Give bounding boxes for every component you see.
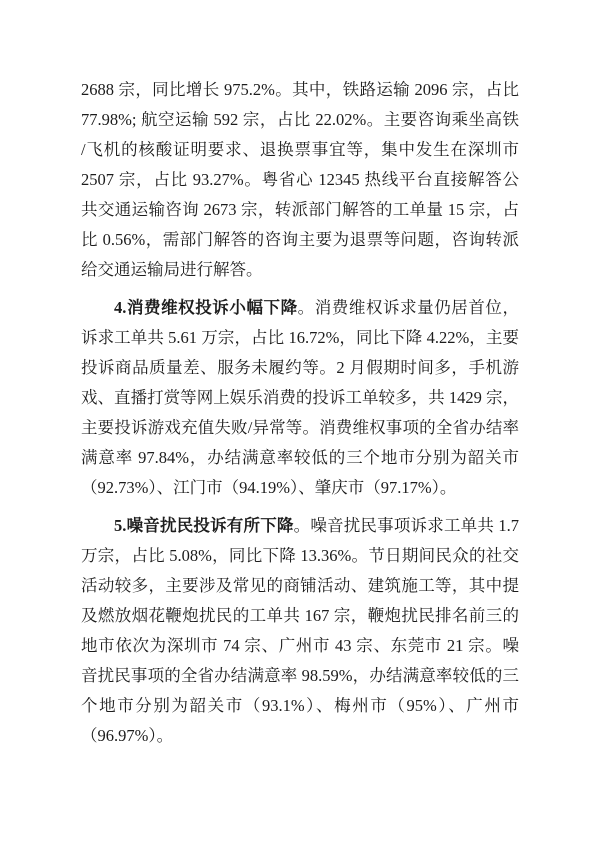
text-line: 主要投诉游戏充值失败/异常等。消费维权事项的全省办结率 (81, 413, 519, 443)
paragraph: 4.消费维权投诉小幅下降。消费维权诉求量仍居首位，诉求工单共 5.61 万宗，占… (81, 293, 519, 503)
text-line: （92.73%）、江门市（94.19%）、肇庆市（97.17%）。 (81, 473, 519, 503)
paragraph: 2688 宗，同比增长 975.2%。其中，铁路运输 2096 宗，占比77.9… (81, 75, 519, 285)
line-text: 共交通运输咨询 2673 宗，转派部门解答的工单量 15 宗，占 (81, 200, 519, 219)
text-block: 2688 宗，同比增长 975.2%。其中，铁路运输 2096 宗，占比77.9… (81, 75, 519, 751)
document-page: 2688 宗，同比增长 975.2%。其中，铁路运输 2096 宗，占比77.9… (0, 0, 600, 848)
line-text: （92.73%）、江门市（94.19%）、肇庆市（97.17%）。 (81, 478, 456, 497)
text-line: 满意率 97.84%，办结满意率较低的三个地市分别为韶关市 (81, 443, 519, 473)
text-line: 投诉商品质量差、服务未履约等。2 月假期时间多，手机游 (81, 353, 519, 383)
text-line: 77.98%; 航空运输 592 宗，占比 22.02%。主要咨询乘坐高铁 (81, 105, 519, 135)
line-text: /飞机的核酸证明要求、退换票事宜等，集中发生在深圳市 (81, 140, 519, 159)
text-line: 比 0.56%，需部门解答的咨询主要为退票等问题，咨询转派 (81, 225, 519, 255)
text-line: 2688 宗，同比增长 975.2%。其中，铁路运输 2096 宗，占比 (81, 75, 519, 105)
line-text: 77.98%; 航空运输 592 宗，占比 22.02%。主要咨询乘坐高铁 (81, 110, 519, 129)
text-line: 戏、直播打赏等网上娱乐消费的投诉工单较多，共 1429 宗， (81, 383, 519, 413)
line-text: 万宗，占比 5.08%，同比下降 13.36%。节日期间民众的社交 (81, 546, 519, 565)
line-text: 比 0.56%，需部门解答的咨询主要为退票等问题，咨询转派 (81, 230, 519, 249)
text-line: 诉求工单共 5.61 万宗，占比 16.72%，同比下降 4.22%，主要 (81, 323, 519, 353)
text-line: 万宗，占比 5.08%，同比下降 13.36%。节日期间民众的社交 (81, 541, 519, 571)
text-line: 地市依次为深圳市 74 宗、广州市 43 宗、东莞市 21 宗。噪 (81, 631, 519, 661)
line-text: 。消费维权诉求量仍居首位， (298, 298, 519, 317)
text-line: 4.消费维权投诉小幅下降。消费维权诉求量仍居首位， (81, 293, 519, 323)
section-heading: 4.消费维权投诉小幅下降 (114, 298, 298, 317)
line-text: 地市依次为深圳市 74 宗、广州市 43 宗、东莞市 21 宗。噪 (81, 636, 519, 655)
line-text: 诉求工单共 5.61 万宗，占比 16.72%，同比下降 4.22%，主要 (81, 328, 519, 347)
line-text: 。噪音扰民事项诉求工单共 1.7 (294, 516, 519, 535)
line-text: 2507 宗，占比 93.27%。粤省心 12345 热线平台直接解答公 (81, 170, 519, 189)
section-heading: 5.噪音扰民投诉有所下降 (114, 516, 294, 535)
text-line: 共交通运输咨询 2673 宗，转派部门解答的工单量 15 宗，占 (81, 195, 519, 225)
text-line: 给交通运输局进行解答。 (81, 255, 519, 285)
text-line: 5.噪音扰民投诉有所下降。噪音扰民事项诉求工单共 1.7 (81, 511, 519, 541)
text-line: 活动较多，主要涉及常见的商铺活动、建筑施工等，其中提 (81, 571, 519, 601)
line-text: 投诉商品质量差、服务未履约等。2 月假期时间多，手机游 (81, 358, 519, 377)
text-line: 2507 宗，占比 93.27%。粤省心 12345 热线平台直接解答公 (81, 165, 519, 195)
line-text: （96.97%）。 (81, 726, 173, 745)
line-text: 主要投诉游戏充值失败/异常等。消费维权事项的全省办结率 (81, 418, 519, 437)
text-line: 个地市分别为韶关市（93.1%）、梅州市（95%）、广州市 (81, 691, 519, 721)
line-text: 音扰民事项的全省办结满意率 98.59%，办结满意率较低的三 (81, 666, 519, 685)
line-text: 戏、直播打赏等网上娱乐消费的投诉工单较多，共 1429 宗， (81, 388, 519, 407)
line-text: 个地市分别为韶关市（93.1%）、梅州市（95%）、广州市 (81, 696, 519, 715)
line-text: 及燃放烟花鞭炮扰民的工单共 167 宗，鞭炮扰民排名前三的 (81, 606, 519, 625)
line-text: 满意率 97.84%，办结满意率较低的三个地市分别为韶关市 (81, 448, 519, 467)
text-line: 及燃放烟花鞭炮扰民的工单共 167 宗，鞭炮扰民排名前三的 (81, 601, 519, 631)
text-line: 音扰民事项的全省办结满意率 98.59%，办结满意率较低的三 (81, 661, 519, 691)
line-text: 2688 宗，同比增长 975.2%。其中，铁路运输 2096 宗，占比 (81, 80, 519, 99)
text-line: /飞机的核酸证明要求、退换票事宜等，集中发生在深圳市 (81, 135, 519, 165)
line-text: 给交通运输局进行解答。 (81, 260, 263, 279)
line-text: 活动较多，主要涉及常见的商铺活动、建筑施工等，其中提 (81, 576, 519, 595)
paragraph: 5.噪音扰民投诉有所下降。噪音扰民事项诉求工单共 1.7万宗，占比 5.08%，… (81, 511, 519, 751)
text-line: （96.97%）。 (81, 721, 519, 751)
